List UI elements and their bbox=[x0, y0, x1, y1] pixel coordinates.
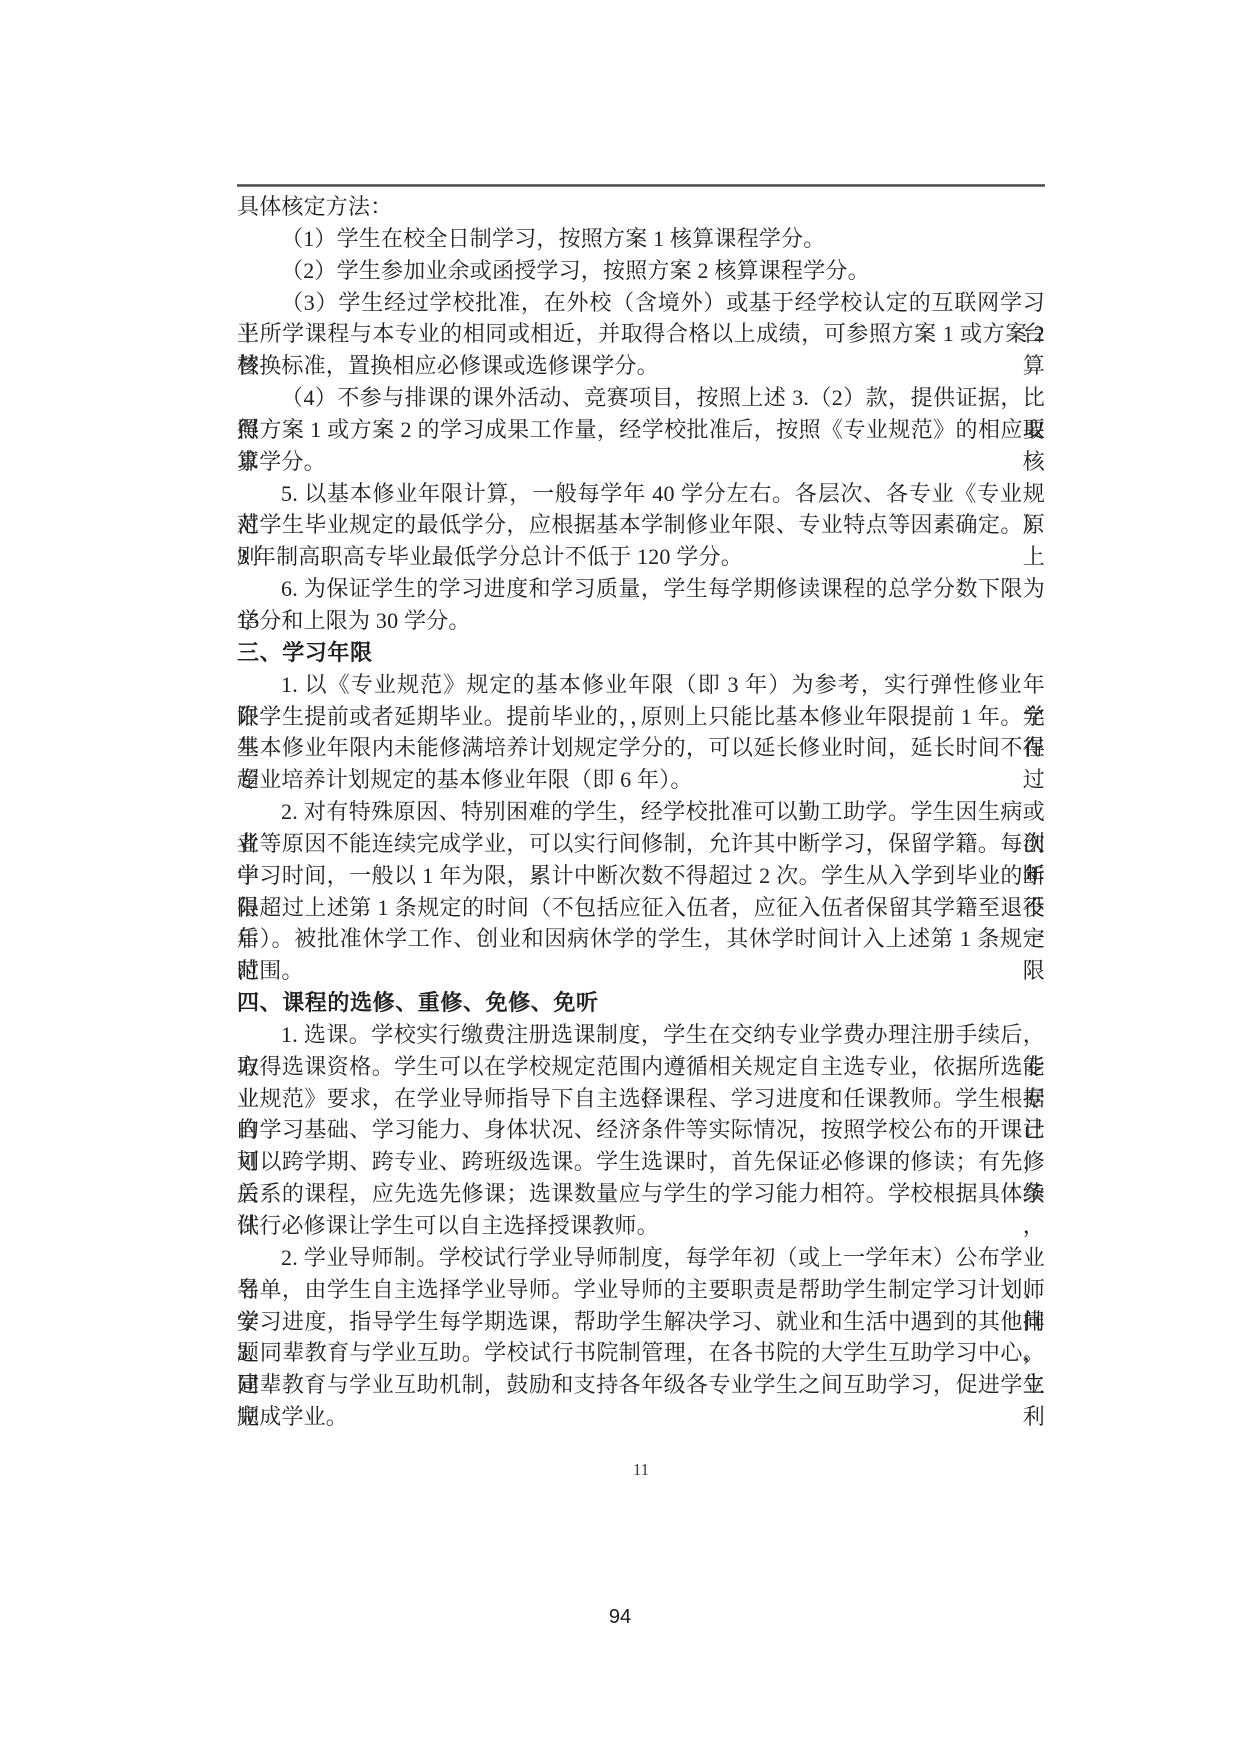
text-line: 具体核定方法： bbox=[237, 191, 1045, 223]
text-line: （2）学生参加业余或函授学习，按照方案 2 核算课程学分。 bbox=[237, 255, 1045, 287]
section-heading: 三、学习年限 bbox=[237, 637, 1045, 669]
text-line: 3. 同辈教育与学业互助。学校试行书院制管理，在各书院的大学生互助学习中心，建立 bbox=[237, 1337, 1045, 1369]
text-line: 名单，由学生自主选择学业导师。学业导师的主要职责是帮助学生制定学习计划、安排 bbox=[237, 1274, 1045, 1306]
text-line: 业规范》要求，在学业导师指导下自主选择课程、学习进度和任课教师。学生根据自己 bbox=[237, 1083, 1045, 1115]
text-line: 年）。被批准休学工作、创业和因病休学的学生，其休学时间计入上述第 1 条规定时限 bbox=[237, 923, 1045, 955]
text-line: （1）学生在校全日制学习，按照方案 1 核算课程学分。 bbox=[237, 223, 1045, 255]
text-line: 2. 学业导师制。学校试行学业导师制度，每学年初（或上一学年末）公布学业导师 bbox=[237, 1242, 1045, 1274]
text-line: 得超过上述第 1 条规定的时间（不包括应征入伍者，应征入伍者保留其学籍至退役后一 bbox=[237, 892, 1045, 924]
text-line: 基本修业年限内未能修满培养计划规定学分的，可以延长修业时间，延长时间不得超过 bbox=[237, 732, 1045, 764]
text-line: 许学生提前或者延期毕业。提前毕业的，原则上只能比基本修业年限提前 1 年。学生在 bbox=[237, 701, 1045, 733]
text-line: 同辈教育与学业互助机制，鼓励和支持各年级各专业学生之间互助学习，促进学生顺利 bbox=[237, 1369, 1045, 1401]
section-heading: 四、课程的选修、重修、免修、免听 bbox=[237, 987, 1045, 1019]
text-block: 具体核定方法：（1）学生在校全日制学习，按照方案 1 核算课程学分。（2）学生参… bbox=[237, 191, 1045, 1433]
text-line: 1. 以《专业规范》规定的基本修业年限（即 3 年）为参考，实行弹性修业年限，允 bbox=[237, 669, 1045, 701]
text-line: 5. 以基本修业年限计算，一般每学年 40 学分左右。各层次、各专业《专业规范》 bbox=[237, 478, 1045, 510]
text-line: 可以跨学期、跨专业、跨班级选课。学生选课时，首先保证必修课的修读；有先修后续 bbox=[237, 1146, 1045, 1178]
text-line: 对学生毕业规定的最低学分，应根据基本学制修业年限、专业特点等因素确定。原则上 bbox=[237, 509, 1045, 541]
header-rule bbox=[237, 184, 1045, 187]
text-line: 2. 对有特殊原因、特别困难的学生，经学校批准可以勤工助学。学生因生病或者创 bbox=[237, 796, 1045, 828]
text-line: 的学习基础、学习能力、身体状况、经济条件等实际情况，按照学校公布的开课计划， bbox=[237, 1114, 1045, 1146]
inner-page-number: 11 bbox=[237, 1460, 1045, 1480]
text-line: 1. 选课。学校实行缴费注册选课制度，学生在交纳专业学费办理注册手续后，方能 bbox=[237, 1019, 1045, 1051]
text-line: 学习进度，指导学生每学期选课，帮助学生解决学习、就业和生活中遇到的其他问题。 bbox=[237, 1306, 1045, 1338]
document-page: 具体核定方法：（1）学生在校全日制学习，按照方案 1 核算课程学分。（2）学生参… bbox=[0, 0, 1240, 1753]
text-line: （3）学生经过学校批准，在外校（含境外）或基于经学校认定的互联网学习平台 bbox=[237, 287, 1045, 319]
text-line: 6. 为保证学生的学习进度和学习质量，学生每学期修读课程的总学分数下限为 15 bbox=[237, 573, 1045, 605]
text-line: 学习时间，一般以 1 年为限，累计中断次数不得超过 2 次。学生从入学到毕业的年… bbox=[237, 860, 1045, 892]
text-line: 学分和上限为 30 学分。 bbox=[237, 605, 1045, 637]
text-line: 得方案 1 或方案 2 的学习成果工作量，经学校批准后，按照《专业规范》的相应要… bbox=[237, 414, 1045, 446]
text-line: 关系的课程，应先选先修课；选课数量应与学生的学习能力相符。学校根据具体条件， bbox=[237, 1178, 1045, 1210]
text-line: （4）不参与排课的课外活动、竞赛项目，按照上述 3.（2）款，提供证据，比照取 bbox=[237, 382, 1045, 414]
text-line: 取得选课资格。学生可以在学校规定范围内遵循相关规定自主选专业，依据所选专业《专 bbox=[237, 1051, 1045, 1083]
text-line: 上所学课程与本专业的相同或相近，并取得合格以上成绩，可参照方案 1 或方案 2 … bbox=[237, 318, 1045, 350]
outer-page-number: 94 bbox=[0, 1606, 1240, 1629]
text-line: 业等原因不能连续完成学业，可以实行间修制，允许其中断学习，保留学籍。每次中断 bbox=[237, 828, 1045, 860]
